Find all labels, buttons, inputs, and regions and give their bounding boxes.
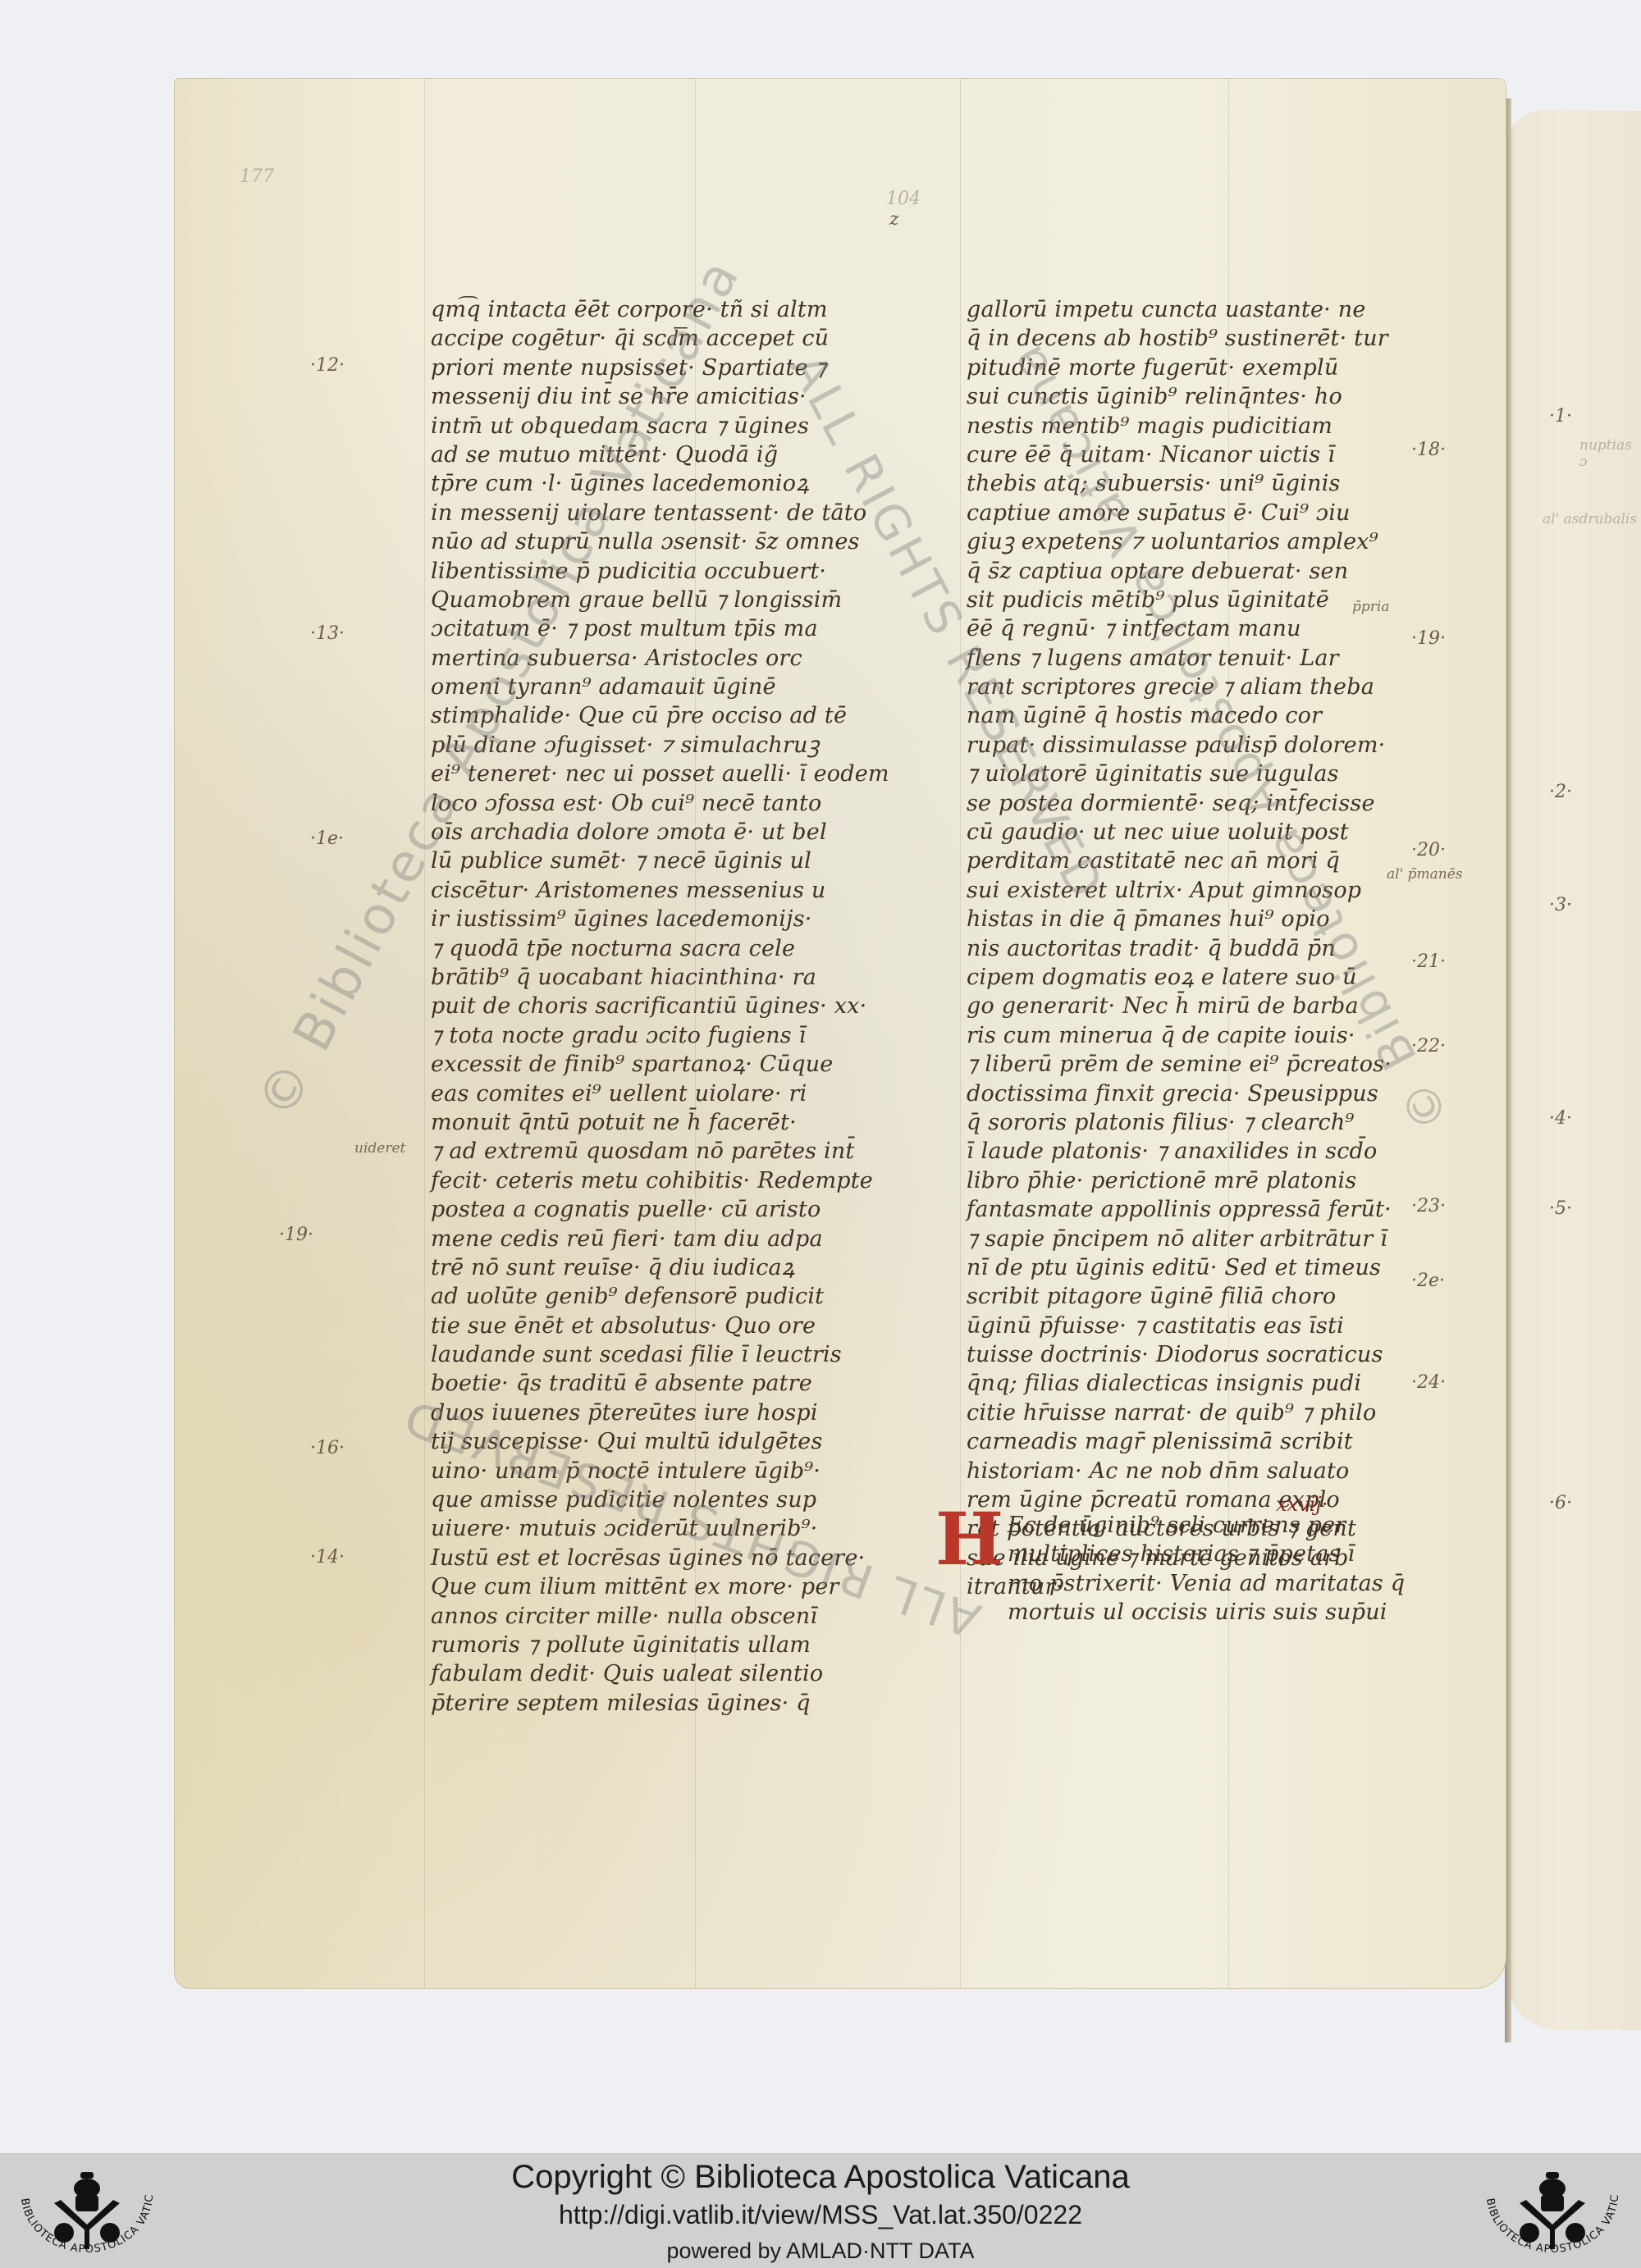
manuscript-line: go generarit· Nec h̄ mirū de barba xyxy=(967,992,1392,1020)
facing-page-number: ·6· xyxy=(1549,1493,1572,1513)
text-column-right-continuation: Ec de ūginib⁹ scli currens permultiplice… xyxy=(1008,1511,1405,1627)
margin-number: ·12· xyxy=(310,355,345,376)
facing-page xyxy=(1508,111,1641,2030)
facing-page-number: ·2· xyxy=(1549,782,1572,802)
margin-number: ·18· xyxy=(1411,440,1446,460)
manuscript-line: ris cum minerua q̄ de capite iouis· xyxy=(967,1021,1392,1050)
manuscript-line: nūo ad stuprū nulla ɔsensit· s̄z omnes xyxy=(431,527,889,556)
manuscript-line: historiam· Ac ne nob dn̄m saluato xyxy=(967,1457,1392,1485)
manuscript-line: multiplices historias ⁊ p̄petas ī xyxy=(1008,1540,1405,1568)
manuscript-line: ⁊ sapie p̄ncipem nō aliter arbitrātur ī xyxy=(967,1225,1392,1253)
ruling-line xyxy=(960,78,961,1989)
margin-number: ·19· xyxy=(279,1225,313,1245)
manuscript-line: laudande sunt scedasi filie ī leuctris xyxy=(431,1340,889,1369)
margin-number: ·13· xyxy=(310,623,345,644)
manuscript-line: ī laude platonis· ⁊ anaxilides in scd̄o xyxy=(967,1137,1392,1166)
manuscript-line: scribit pitagore ūginē filiā choro xyxy=(967,1282,1392,1311)
manuscript-line: doctissima finxit grecia· Speusippus xyxy=(967,1079,1392,1108)
manuscript-line: postea a cognatis puelle· cū aristo xyxy=(431,1195,889,1224)
manuscript-line: ūginū p̄fuisse· ⁊ castitatis eas īsti xyxy=(967,1312,1392,1340)
manuscript-line: oīs archadia dolore ɔmota ē· ut bel xyxy=(431,818,889,847)
manuscript-line: thebis atq; subuersis· uni⁹ ūginis xyxy=(967,469,1392,498)
manuscript-line: tp̄re cum ·l· ūgines lacedemonioꝝ xyxy=(431,469,889,498)
manuscript-line: brātib⁹ q̄ uocabant hiacinthina· ra xyxy=(431,963,889,992)
manuscript-line: boetie· q̄s traditū ē absente patre xyxy=(431,1369,889,1398)
manuscript-viewer: 177 104 z qm͡q intacta ēēt corpore· tñ s… xyxy=(0,0,1641,2153)
manuscript-line: ciscētur· Aristomenes messenius u xyxy=(431,876,889,905)
margin-number: ·21· xyxy=(1411,951,1446,972)
margin-number: ·24· xyxy=(1411,1372,1446,1393)
folio-number-faint: 104 xyxy=(886,189,921,209)
copyright-text: Copyright © Biblioteca Apostolica Vatica… xyxy=(0,2159,1641,2196)
manuscript-line: citie hr̄uisse narrat· de quib⁹ ⁊ philo xyxy=(967,1399,1392,1427)
manuscript-line: ⁊ quodā tp̄e nocturna sacra cele xyxy=(431,934,889,963)
manuscript-line: lū publice sumēt· ⁊ necē ūginis ul xyxy=(431,847,889,875)
manuscript-line: ir iustissim⁹ ūgines lacedemonijs· xyxy=(431,905,889,933)
manuscript-line: ei⁹ teneret· nec ui posset auelli· ī eod… xyxy=(431,760,889,788)
manuscript-line: rumoris ⁊ pollute ūginitatis ullam xyxy=(431,1631,889,1659)
manuscript-line: fabulam dedit· Quis ualeat silentio xyxy=(431,1659,889,1688)
margin-number: ·20· xyxy=(1411,840,1446,860)
manuscript-line: ad uolūte genib⁹ defensorē pudicit xyxy=(431,1282,889,1311)
manuscript-line: tie sue ēnēt et absolutus· Quo ore xyxy=(431,1312,889,1340)
manuscript-line: monuit q̄ntū potuit ne h̄ facerēt· xyxy=(431,1108,889,1137)
manuscript-line: nī de ptu ūginis editū· Sed et timeus xyxy=(967,1253,1392,1282)
ruling-line xyxy=(424,78,425,1989)
manuscript-line: tuisse doctrinis· Diodorus socraticus xyxy=(967,1340,1392,1369)
copyright-footer: BIBLIOTECA APOSTOLICA VATICANA Copyright… xyxy=(0,2153,1641,2268)
source-url[interactable]: http://digi.vatlib.it/view/MSS_Vat.lat.3… xyxy=(0,2200,1641,2230)
margin-note: al' p̄manēs xyxy=(1387,866,1463,883)
margin-number: ·2e· xyxy=(1411,1271,1445,1291)
manuscript-line: ⁊ tota nocte gradu ɔcito fugiens ī xyxy=(431,1021,889,1050)
margin-number: ·23· xyxy=(1411,1196,1446,1216)
manuscript-line: puit de choris sacrificantiū ūgines· xx· xyxy=(431,992,889,1020)
manuscript-line: loco ɔfossa est· Ob cui⁹ necē tanto xyxy=(431,789,889,818)
manuscript-line: p̄terire septem milesias ūgines· q̄ xyxy=(431,1689,889,1718)
manuscript-line: annos circiter mille· nulla obscenī xyxy=(431,1602,889,1631)
facing-page-number: ·4· xyxy=(1549,1108,1572,1129)
margin-note: p̄pria xyxy=(1352,599,1389,615)
manuscript-line: fantasmate appollinis oppressā ferūt· xyxy=(967,1195,1392,1224)
manuscript-line: libentissime p̄ pudicitia occubuert· xyxy=(431,557,889,586)
manuscript-line: fecit· ceteris metu cohibitis· Redempte xyxy=(431,1166,889,1195)
facing-page-number: ·1· xyxy=(1549,406,1572,427)
powered-by-text: powered by AMLAD·NTT DATA xyxy=(0,2238,1641,2264)
manuscript-line: ⁊ liberū prēm de semine ei⁹ p̄creatos· xyxy=(967,1050,1392,1079)
margin-number: ·16· xyxy=(310,1438,345,1458)
manuscript-line: mene cedis reū fieri· tam diu adpa xyxy=(431,1225,889,1253)
facing-page-note: nuptias ɔ xyxy=(1579,437,1641,470)
manuscript-line: Quamobrem graue bellū ⁊ longissim̄ xyxy=(431,586,889,614)
manuscript-line: in messenij uiolare tentassent· de tāto xyxy=(431,499,889,527)
folio-number-faint: 177 xyxy=(240,167,274,187)
manuscript-line: excessit de finib⁹ spartanoꝝ· Cūque xyxy=(431,1050,889,1079)
decorated-initial: H xyxy=(935,1503,1003,1575)
facing-page-number: ·5· xyxy=(1549,1198,1572,1219)
folio-mark: z xyxy=(889,209,899,230)
margin-number: ·19· xyxy=(1411,628,1446,649)
manuscript-line: mo p̄strixerit· Venia ad maritatas q̄ xyxy=(1008,1569,1405,1598)
manuscript-line: ⁊ ad extremū quosdam nō parētes int̄ xyxy=(431,1137,889,1166)
margin-note: uideret xyxy=(354,1140,405,1157)
margin-number: ·1e· xyxy=(310,828,344,849)
manuscript-line: q̄ sororis platonis filius· ⁊ clearch⁹ xyxy=(967,1108,1392,1137)
manuscript-line: mortuis ul occisis uiris suis sup̄ui xyxy=(1008,1598,1405,1627)
manuscript-line: Ec de ūginib⁹ scli currens per xyxy=(1008,1511,1405,1540)
manuscript-line: gallorū impetu cuncta uastante· ne xyxy=(967,295,1392,324)
manuscript-line: carneadis magr̄ plenissimā scribit xyxy=(967,1427,1392,1456)
manuscript-line: captiue amore sup̄atus ē· Cui⁹ ɔiu xyxy=(967,499,1392,527)
manuscript-line: q̄nq; filias dialecticas insignis pudi xyxy=(967,1369,1392,1398)
facing-page-number: ·3· xyxy=(1549,895,1572,915)
manuscript-line: cure ēē q̄ uitam· Nicanor uictis ī xyxy=(967,440,1392,469)
manuscript-line: giuꝫ expetens ⁊ uoluntarios amplex⁹ xyxy=(967,527,1392,556)
manuscript-line: trē nō sunt reuīse· q̄ diu iudicaꝝ xyxy=(431,1253,889,1282)
facing-page-note: al' asdrubalis xyxy=(1543,511,1637,527)
manuscript-line: q̄ s̄z captiua optare debuerat· sen xyxy=(967,557,1392,586)
manuscript-line: eas comites ei⁹ uellent uiolare· ri xyxy=(431,1079,889,1108)
vatican-library-seal-icon: BIBLIOTECA APOSTOLICA VATICANA xyxy=(1470,2162,1634,2266)
manuscript-line: libro p̄hie· perictionē mrē platonis xyxy=(967,1166,1392,1195)
margin-number: ·14· xyxy=(310,1547,345,1568)
